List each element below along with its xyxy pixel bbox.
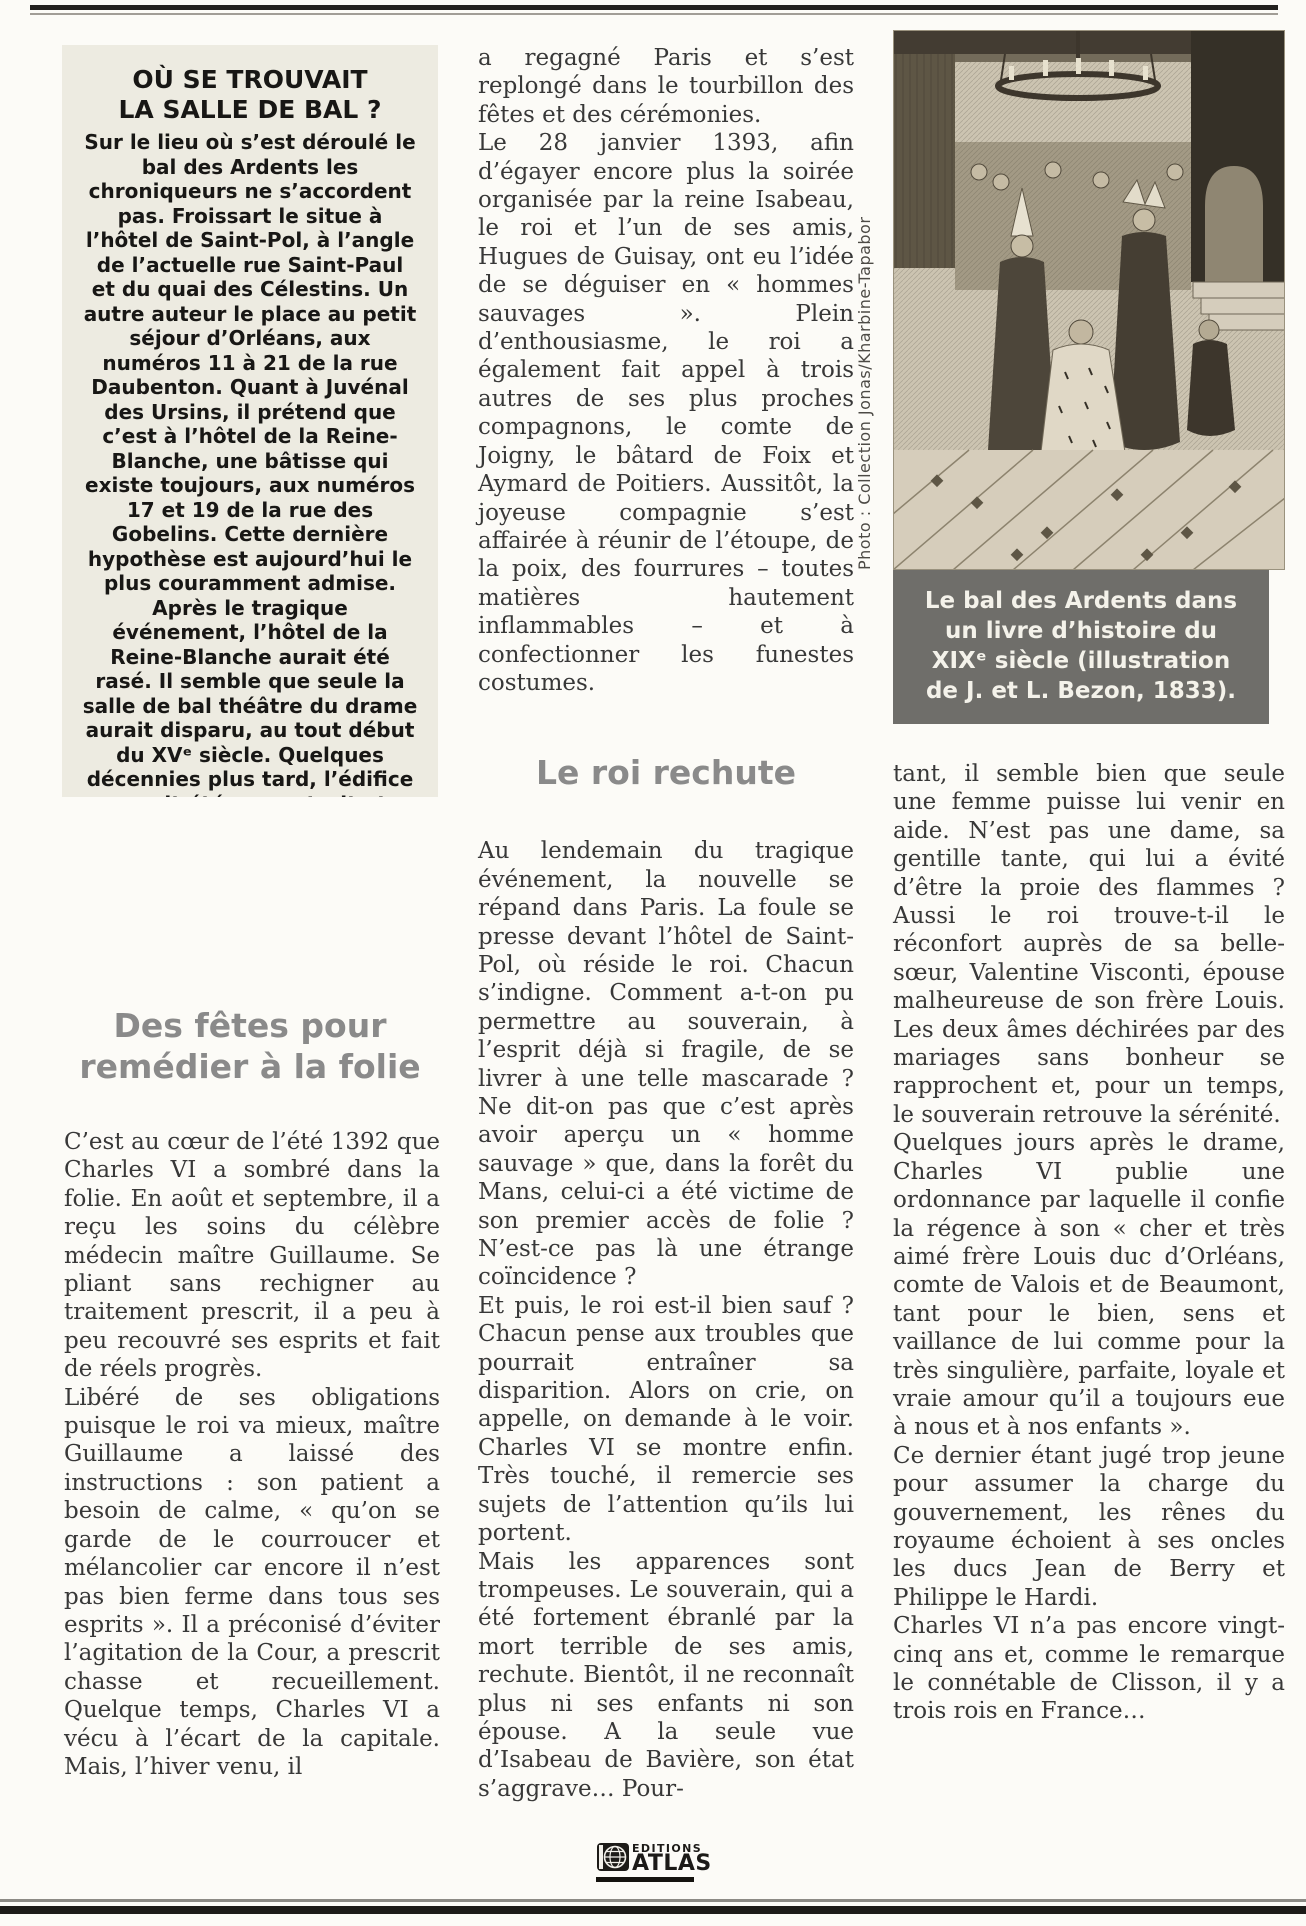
paragraph: Et puis, le roi est-il bien sauf ? Chacu… [478, 1292, 854, 1548]
section-heading-fetes: Des fêtes pour remédier à la folie [58, 1005, 442, 1087]
paragraph: Le 28 janvier 1393, afin d’égayer encore… [478, 129, 854, 697]
right-column-text: tant, il semble bien que seule une femme… [893, 760, 1285, 1726]
engraving-graphic [893, 30, 1285, 570]
paragraph: a regagné Paris et s’est replongé dans l… [478, 44, 854, 129]
sidebar-title-line2: LA SALLE DE BAL ? [118, 95, 381, 124]
section-heading-rechute: Le roi rechute [478, 753, 854, 793]
paragraph: tant, il semble bien que seule une femme… [893, 760, 1285, 1129]
bottom-rule-thin [0, 1899, 1306, 1902]
editions-atlas-logo: EDITIONS ATLAS [596, 1840, 696, 1882]
left-column-text: C’est au cœur de l’été 1392 que Charles … [64, 1128, 440, 1781]
publisher-line-atlas: ATLAS [632, 1854, 712, 1874]
photo-credit: Photo : Collection Jonas/Kharbine-Tapabo… [855, 190, 883, 570]
paragraph: Quelques jours après le drame, Charles V… [893, 1129, 1285, 1441]
paragraph: Libéré de ses obligations puisque le roi… [64, 1384, 440, 1782]
sidebar-box: OÙ SE TROUVAITLA SALLE DE BAL ? Sur le l… [62, 45, 438, 797]
bal-des-ardents-illustration [893, 30, 1285, 570]
sidebar-text: Sur le lieu où s’est déroulé le bal des … [82, 130, 418, 797]
bottom-rule [0, 1906, 1306, 1914]
paragraph: C’est au cœur de l’été 1392 que Charles … [64, 1128, 440, 1384]
sidebar-title-line1: OÙ SE TROUVAIT [132, 65, 367, 94]
logo-underline [596, 1877, 694, 1882]
sidebar-title: OÙ SE TROUVAITLA SALLE DE BAL ? [82, 65, 418, 125]
top-rule [30, 5, 1278, 10]
paragraph: Mais les apparences sont trompeuses. Le … [478, 1548, 854, 1804]
magazine-page: OÙ SE TROUVAITLA SALLE DE BAL ? Sur le l… [0, 0, 1306, 1926]
top-rule-thin [30, 13, 1278, 15]
paragraph: Ce dernier étant jugé trop jeune pour as… [893, 1442, 1285, 1612]
paragraph: Charles VI n’a pas encore vingt-cinq ans… [893, 1612, 1285, 1726]
paragraph: Au lendemain du tragique événement, la n… [478, 837, 854, 1292]
globe-book-icon [596, 1840, 630, 1874]
photo-caption: Le bal des Ardents dans un livre d’histo… [893, 570, 1269, 724]
middle-column-text: a regagné Paris et s’est replongé dans l… [478, 44, 854, 1803]
